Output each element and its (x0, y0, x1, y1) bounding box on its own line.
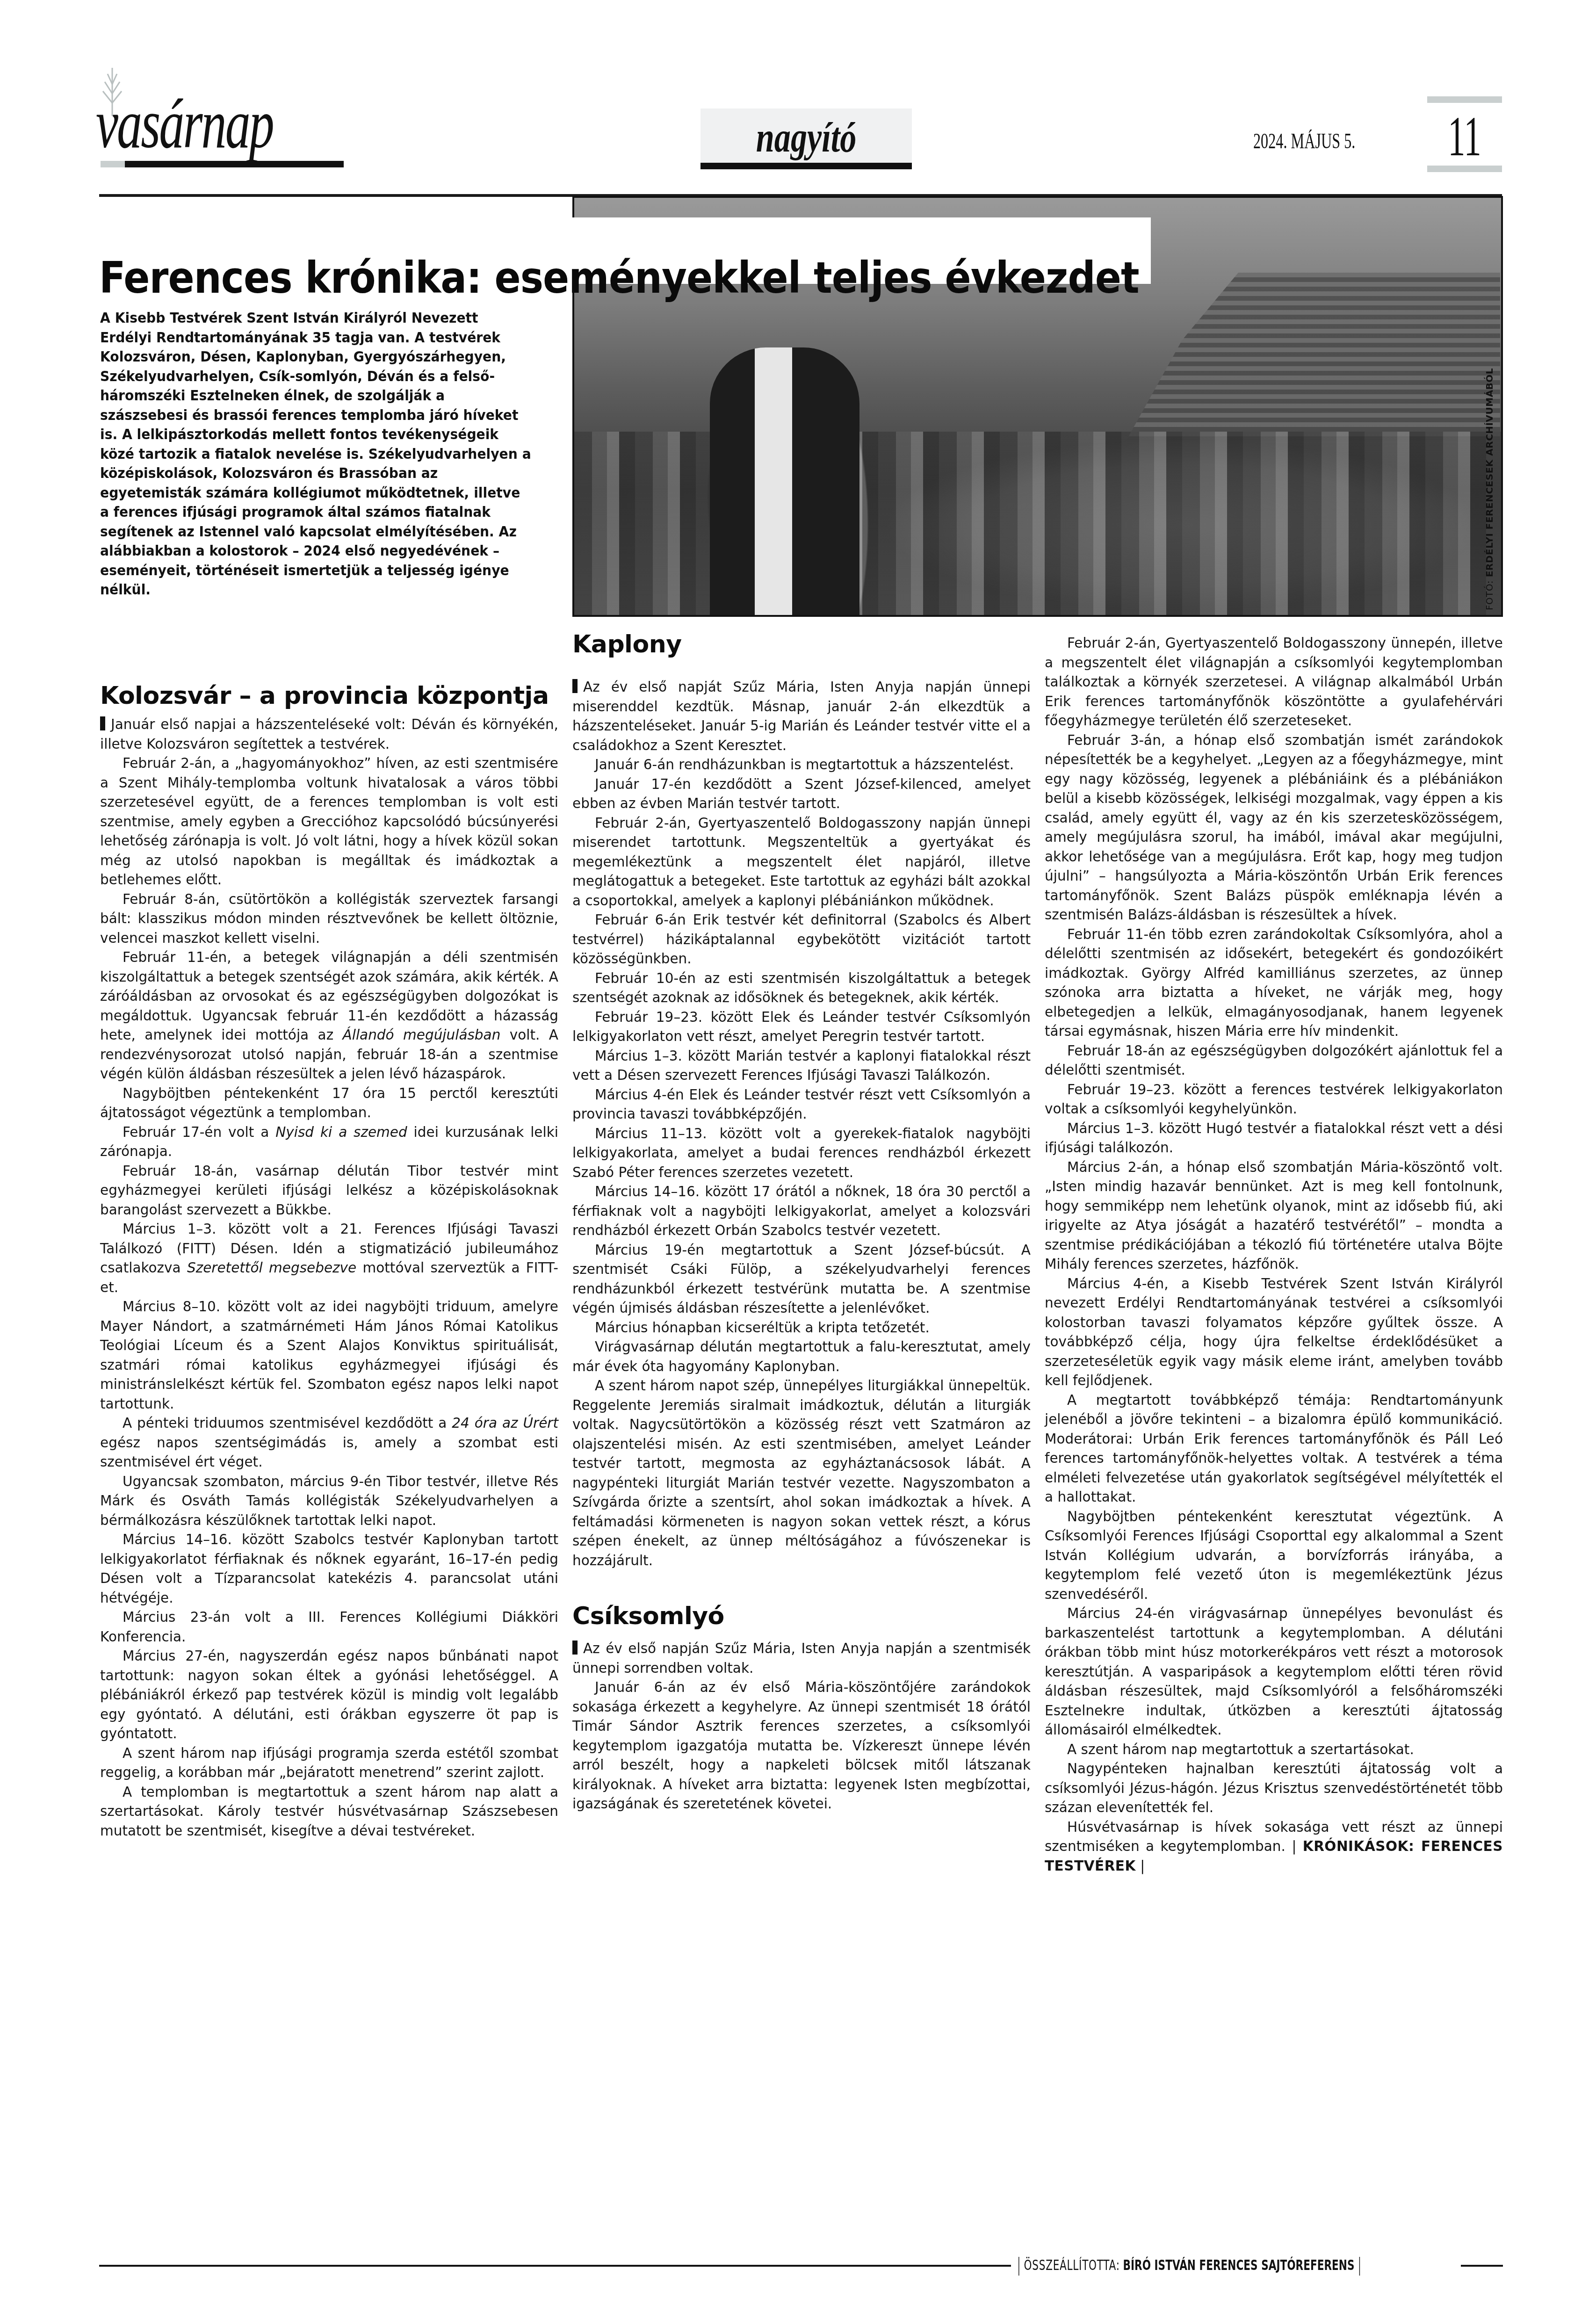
paragraph: A templomban is megtartottuk a szent hár… (100, 1783, 558, 1841)
page-number: 11 (1441, 108, 1488, 165)
paragraph: A megtartott továbbképző témája: Rendtar… (1045, 1391, 1503, 1507)
photo-credit: FOTÓ: ERDÉLYI FERENCESEK ARCHÍVUMÁBÓL (1480, 339, 1499, 610)
paragraph: Március 14–16. között Szabolcs testvér K… (100, 1530, 558, 1608)
paragraph: Február 2-án, Gyertyaszentelő Boldogassz… (572, 814, 1031, 911)
paragraph: Március hónapban kicseréltük a kripta te… (572, 1318, 1031, 1338)
paragraph: Január 17-én kezdődött a Szent József-ki… (572, 775, 1031, 814)
column-kaplony: Kaplony Az év első napját Szűz Mária, Is… (572, 631, 1031, 1814)
subhead-kolozsvar: Kolozsvár – a provincia központja (100, 683, 558, 709)
subhead-kaplony: Kaplony (572, 631, 1031, 658)
paragraph: Február 2-án, Gyertyaszentelő Boldogassz… (1045, 634, 1503, 731)
paragraph: Február 11-én több ezren zarándokoltak C… (1045, 925, 1503, 1041)
column-csiksomlyo: Február 2-án, Gyertyaszentelő Boldogassz… (1045, 634, 1503, 1876)
paragraph: Február 10-én az esti szentmisén kiszolg… (572, 969, 1031, 1008)
paragraph: Március 24-én virágvasárnap ünnepélyes b… (1045, 1604, 1503, 1740)
paragraph: Február 2-án, a „hagyományokhoz” híven, … (100, 754, 558, 890)
paragraph: Március 2-án, a hónap első szombatján Má… (1045, 1158, 1503, 1274)
paragraph: A szent három nap ifjúsági programja sze… (100, 1744, 558, 1783)
newspaper-logo: vasárnap (96, 89, 273, 159)
paragraph: Január 6-án az év első Mária-köszöntőjér… (572, 1678, 1031, 1814)
section-underline (701, 163, 912, 169)
logo-underline-accent (101, 161, 125, 167)
section-label: nagyító (724, 117, 889, 159)
paragraph: Január 6-án rendházunkban is megtartottu… (572, 755, 1031, 775)
column-kolozsvar: Kolozsvár – a provincia központja Január… (100, 683, 558, 1841)
page-number-block: 11 (1427, 96, 1502, 172)
paragraph: Március 11–13. között volt a gyerekek-fi… (572, 1124, 1031, 1183)
paragraph: Február 11-én, a betegek világnapján a d… (100, 948, 558, 1084)
paragraph: Február 8-án, csütörtökön a kollégisták … (100, 890, 558, 948)
article-lead: A Kisebb Testvérek Szent István Királyró… (100, 309, 533, 600)
paragraph: Nagyböjtben péntekenként keresztutat vég… (1045, 1507, 1503, 1604)
paragraph: Február 6-án Erik testvér két definitorr… (572, 911, 1031, 969)
headline-box: Ferences krónika: eseményekkel teljes év… (92, 217, 1151, 284)
paragraph: A szent három napot szép, ünnepélyes lit… (572, 1376, 1031, 1570)
paragraph: Húsvétvasárnap is hívek sokasága vett ré… (1045, 1818, 1503, 1876)
issue-date: 2024. MÁJUS 5. (1253, 129, 1355, 153)
paragraph: Március 14–16. között 17 órától a nőknek… (572, 1182, 1031, 1241)
paragraph: A pénteki triduumos szentmisével kezdődö… (100, 1414, 558, 1472)
paragraph: Ugyancsak szombaton, március 9-én Tibor … (100, 1472, 558, 1531)
paragraph: Március 4-én, a Kisebb Testvérek Szent I… (1045, 1274, 1503, 1391)
page-number-rule-top (1427, 96, 1502, 103)
photo-priest (710, 347, 859, 617)
paragraph: Február 18-án az egészségügyben dolgozók… (1045, 1041, 1503, 1080)
paragraph: Február 19–23. között a ferences testvér… (1045, 1080, 1503, 1119)
paragraph: Március 1–3. között Hugó testvér a fiata… (1045, 1119, 1503, 1158)
logo-underline (101, 161, 344, 167)
paragraph: Március 1–3. között volt a 21. Ferences … (100, 1220, 558, 1297)
paragraph: Január első napjai a házszenteléseké vol… (100, 715, 558, 754)
section-tag: nagyító (701, 108, 912, 169)
paragraph: Március 27-én, nagyszerdán egész napos b… (100, 1647, 558, 1744)
subhead-csiksomlyo: Csíksomlyó (572, 1603, 1031, 1630)
paragraph: Március 19-én megtartottuk a Szent Józse… (572, 1241, 1031, 1318)
paragraph: Március 8–10. között volt az idei nagybö… (100, 1297, 558, 1414)
paragraph: Nagyböjtben péntekenként 17 óra 15 perct… (100, 1084, 558, 1123)
masthead: vasárnap nagyító 2024. MÁJUS 5. 11 (0, 0, 1596, 196)
photo-wooden-roof (1126, 273, 1500, 441)
footer-rule-right (1461, 2265, 1503, 2267)
paragraph: Február 18-án, vasárnap délután Tibor te… (100, 1162, 558, 1220)
paragraph: A szent három nap megtartottuk a szertar… (1045, 1740, 1503, 1760)
paragraph: Az év első napján Szűz Mária, Isten Anyj… (572, 1639, 1031, 1678)
footer-rule-left (99, 2265, 1011, 2267)
paragraph: Virágvasárnap délután megtartottuk a fal… (572, 1337, 1031, 1376)
paragraph: Március 4-én Elek és Leánder testvér rés… (572, 1085, 1031, 1124)
paragraph: Március 23-án volt a III. Ferences Kollé… (100, 1608, 558, 1647)
paragraph: Március 1–3. között Marián testvér a kap… (572, 1047, 1031, 1085)
compiled-by-credit: ÖSSZEÁLLÍTOTTA: BÍRÓ ISTVÁN FERENCES SAJ… (1014, 2254, 1365, 2277)
paragraph: Február 17-én volt a Nyisd ki a szemed i… (100, 1123, 558, 1162)
paragraph: Az év első napját Szűz Mária, Isten Anyj… (572, 678, 1031, 755)
paragraph: Február 19–23. között Elek és Leánder te… (572, 1008, 1031, 1047)
article-headline: Ferences krónika: eseményekkel teljes év… (99, 257, 1139, 300)
paragraph: Február 3-án, a hónap első szombatján is… (1045, 731, 1503, 925)
page-number-rule-bottom (1427, 166, 1502, 172)
paragraph: Nagypénteken hajnalban keresztúti ájtato… (1045, 1759, 1503, 1818)
